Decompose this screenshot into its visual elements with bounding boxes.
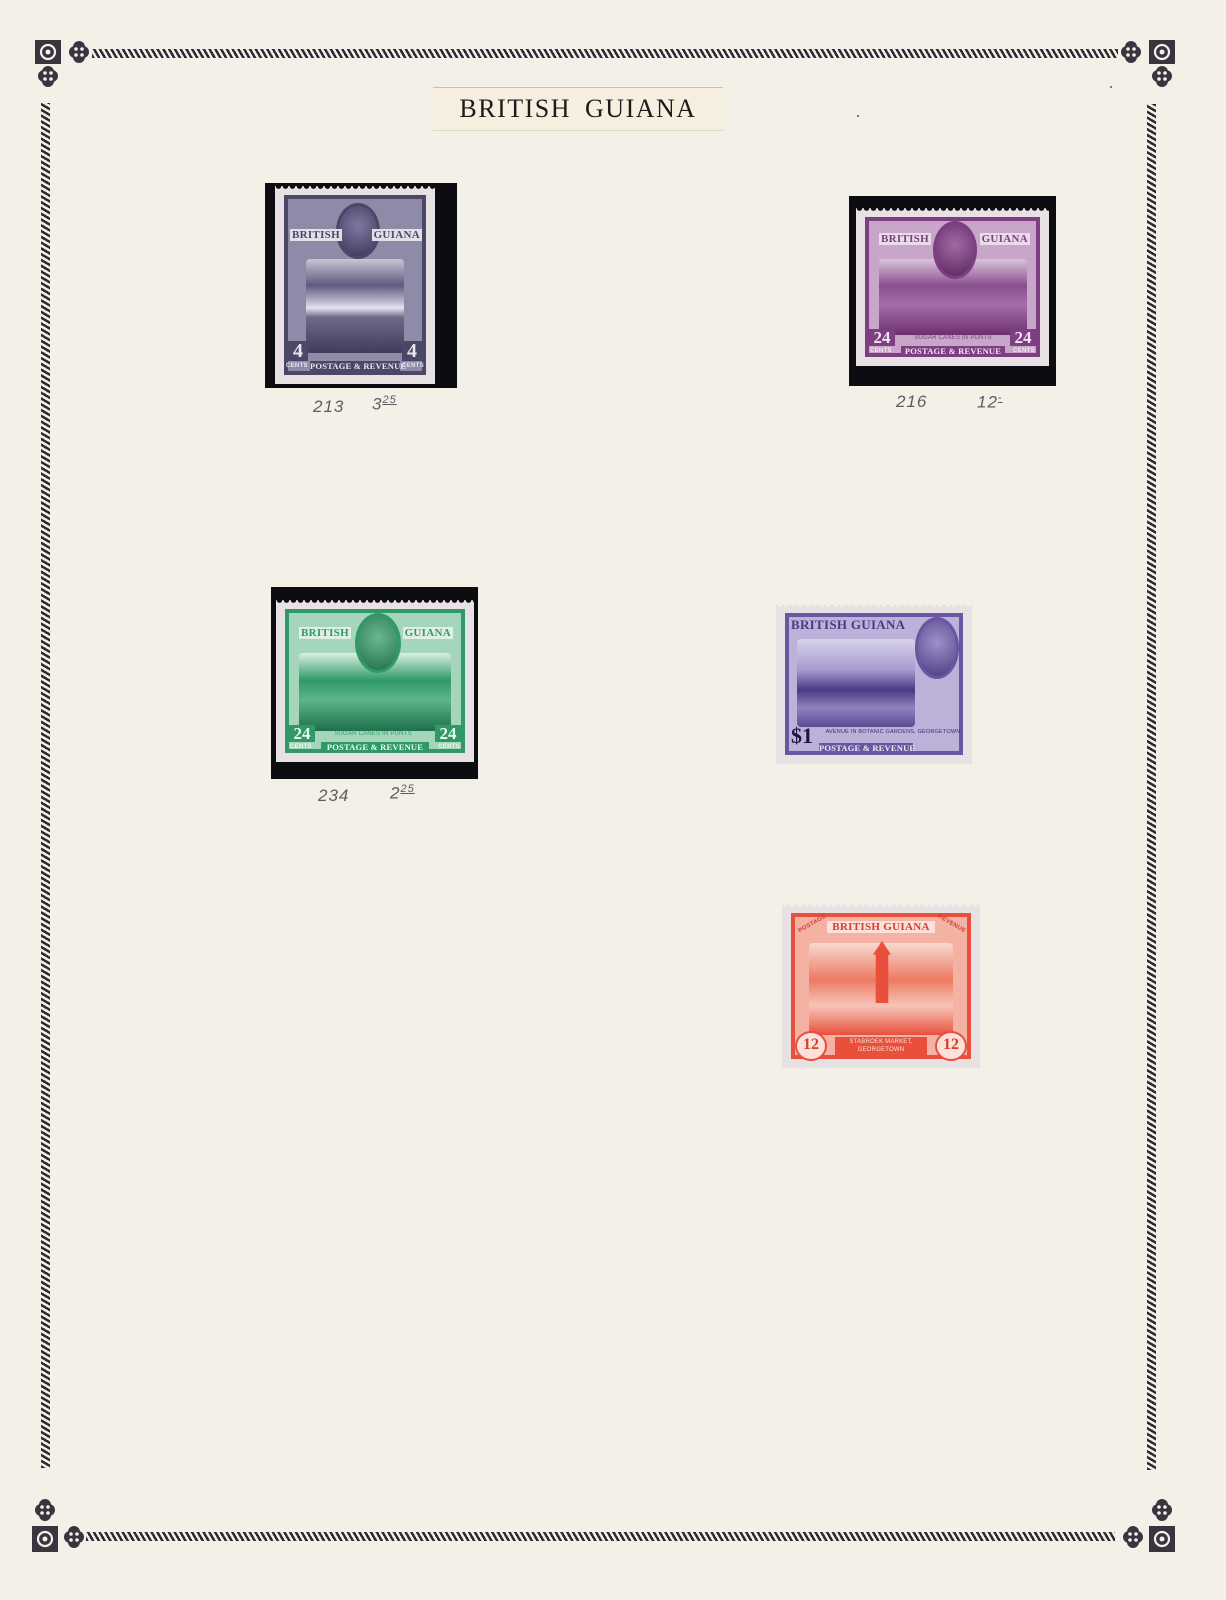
page-title: BRITISH GUIANA — [433, 87, 723, 130]
stamp-24-cents-sugar-canes-green[interactable]: BRITISH GUIANA 24 24 SUGAR CANES IN PUNT… — [276, 600, 474, 762]
catalog-number-note: 213 — [313, 397, 344, 417]
stamp-value-right: 24 — [1010, 329, 1036, 346]
paper-speck — [1110, 86, 1112, 88]
stamp-value-left: 12 — [795, 1031, 827, 1061]
stamp-value-left: 24 — [869, 329, 895, 346]
stamp-header-right: GUIANA — [403, 627, 453, 639]
border-top — [92, 49, 1118, 58]
paper-speck — [857, 115, 859, 117]
price-cents: 25 — [400, 783, 414, 795]
stamp-header: BRITISH GUIANA — [827, 921, 935, 933]
stamp-caption: SUGAR CANES IN PUNTS — [321, 731, 425, 737]
stamp-header-left: BRITISH — [299, 627, 351, 639]
stamp-footer: POSTAGE & REVENUE — [819, 743, 913, 753]
stamp-portrait — [355, 613, 401, 673]
stamp-value-right: 4 — [402, 341, 422, 361]
stamp-scene-waterfall — [306, 259, 404, 353]
price-cents: 25 — [382, 394, 396, 406]
catalog-number-note: 234 — [318, 786, 349, 806]
stamp-4-cents-kaieteur-falls[interactable]: BRITISH GUIANA 4 4 KAIETEUR FALLS POSTAG… — [275, 186, 435, 384]
corner-ornament-bottom-right-icon — [1115, 1494, 1177, 1556]
border-left — [41, 103, 50, 1468]
stamp-header-left: BRITISH — [879, 233, 931, 245]
corner-ornament-bottom-left-icon — [30, 1494, 92, 1556]
stamp-12-cents-stabroek-market[interactable]: BRITISH GUIANA POSTAGE REVENUE 12 12 STA… — [782, 904, 980, 1068]
stamp-header-left: BRITISH — [290, 229, 342, 241]
stamp-value: $1 — [787, 725, 817, 747]
corner-ornament-top-left-icon — [33, 38, 95, 100]
stamp-value-left: 24 — [289, 725, 315, 742]
stamp-1-dollar-botanic-gardens[interactable]: BRITISH GUIANA $1 AVENUE IN BOTANIC GARD… — [776, 604, 972, 764]
stamp-caption: KAIETEUR FALLS — [320, 345, 390, 351]
price-cents: - — [998, 392, 1003, 404]
price-note: 12- — [977, 392, 1003, 413]
stamp-scene-botanic-gardens — [797, 639, 915, 727]
stamp-unit-left: CENTS — [870, 348, 892, 354]
stamp-value-right: 12 — [935, 1031, 967, 1061]
stamp-portrait — [915, 617, 959, 679]
corner-ornament-top-right-icon — [1115, 38, 1177, 100]
stamp-unit-left: CENTS — [290, 744, 312, 750]
border-right — [1147, 104, 1156, 1470]
stamp-caption: SUGAR CANES IN PUNTS — [903, 335, 1003, 341]
stamp-header: BRITISH GUIANA — [791, 617, 905, 633]
catalog-number-note: 216 — [896, 392, 927, 412]
price-dollars: 2 — [390, 784, 400, 803]
stamp-header-right: GUIANA — [980, 233, 1030, 245]
price-dollars: 3 — [372, 395, 382, 414]
stamp-unit-right: CENTS — [438, 744, 460, 750]
stamp-value-right: 24 — [435, 725, 461, 742]
stamp-footer: POSTAGE & REVENUE — [310, 361, 400, 371]
stamp-portrait — [933, 221, 977, 279]
stamp-header-right: GUIANA — [372, 229, 422, 241]
price-dollars: 12 — [977, 393, 998, 412]
stamp-unit-right: CENTS — [402, 363, 424, 369]
stamp-unit-left: CENTS — [286, 363, 308, 369]
stamp-footer: POSTAGE & REVENUE — [901, 346, 1005, 356]
stamp-caption: STABROEK MARKET, GEORGETOWN — [835, 1037, 927, 1055]
stamp-value-left: 4 — [288, 341, 308, 361]
stamp-caption: AVENUE IN BOTANIC GARDENS, GEORGETOWN — [825, 729, 961, 735]
price-note: 325 — [372, 394, 397, 415]
stamp-footer: POSTAGE & REVENUE — [321, 742, 429, 752]
price-note: 225 — [390, 783, 415, 804]
stamp-unit-right: CENTS — [1013, 348, 1035, 354]
border-bottom — [86, 1532, 1115, 1541]
stamp-24-cents-sugar-canes-purple[interactable]: BRITISH GUIANA 24 24 SUGAR CANES IN PUNT… — [856, 208, 1049, 366]
